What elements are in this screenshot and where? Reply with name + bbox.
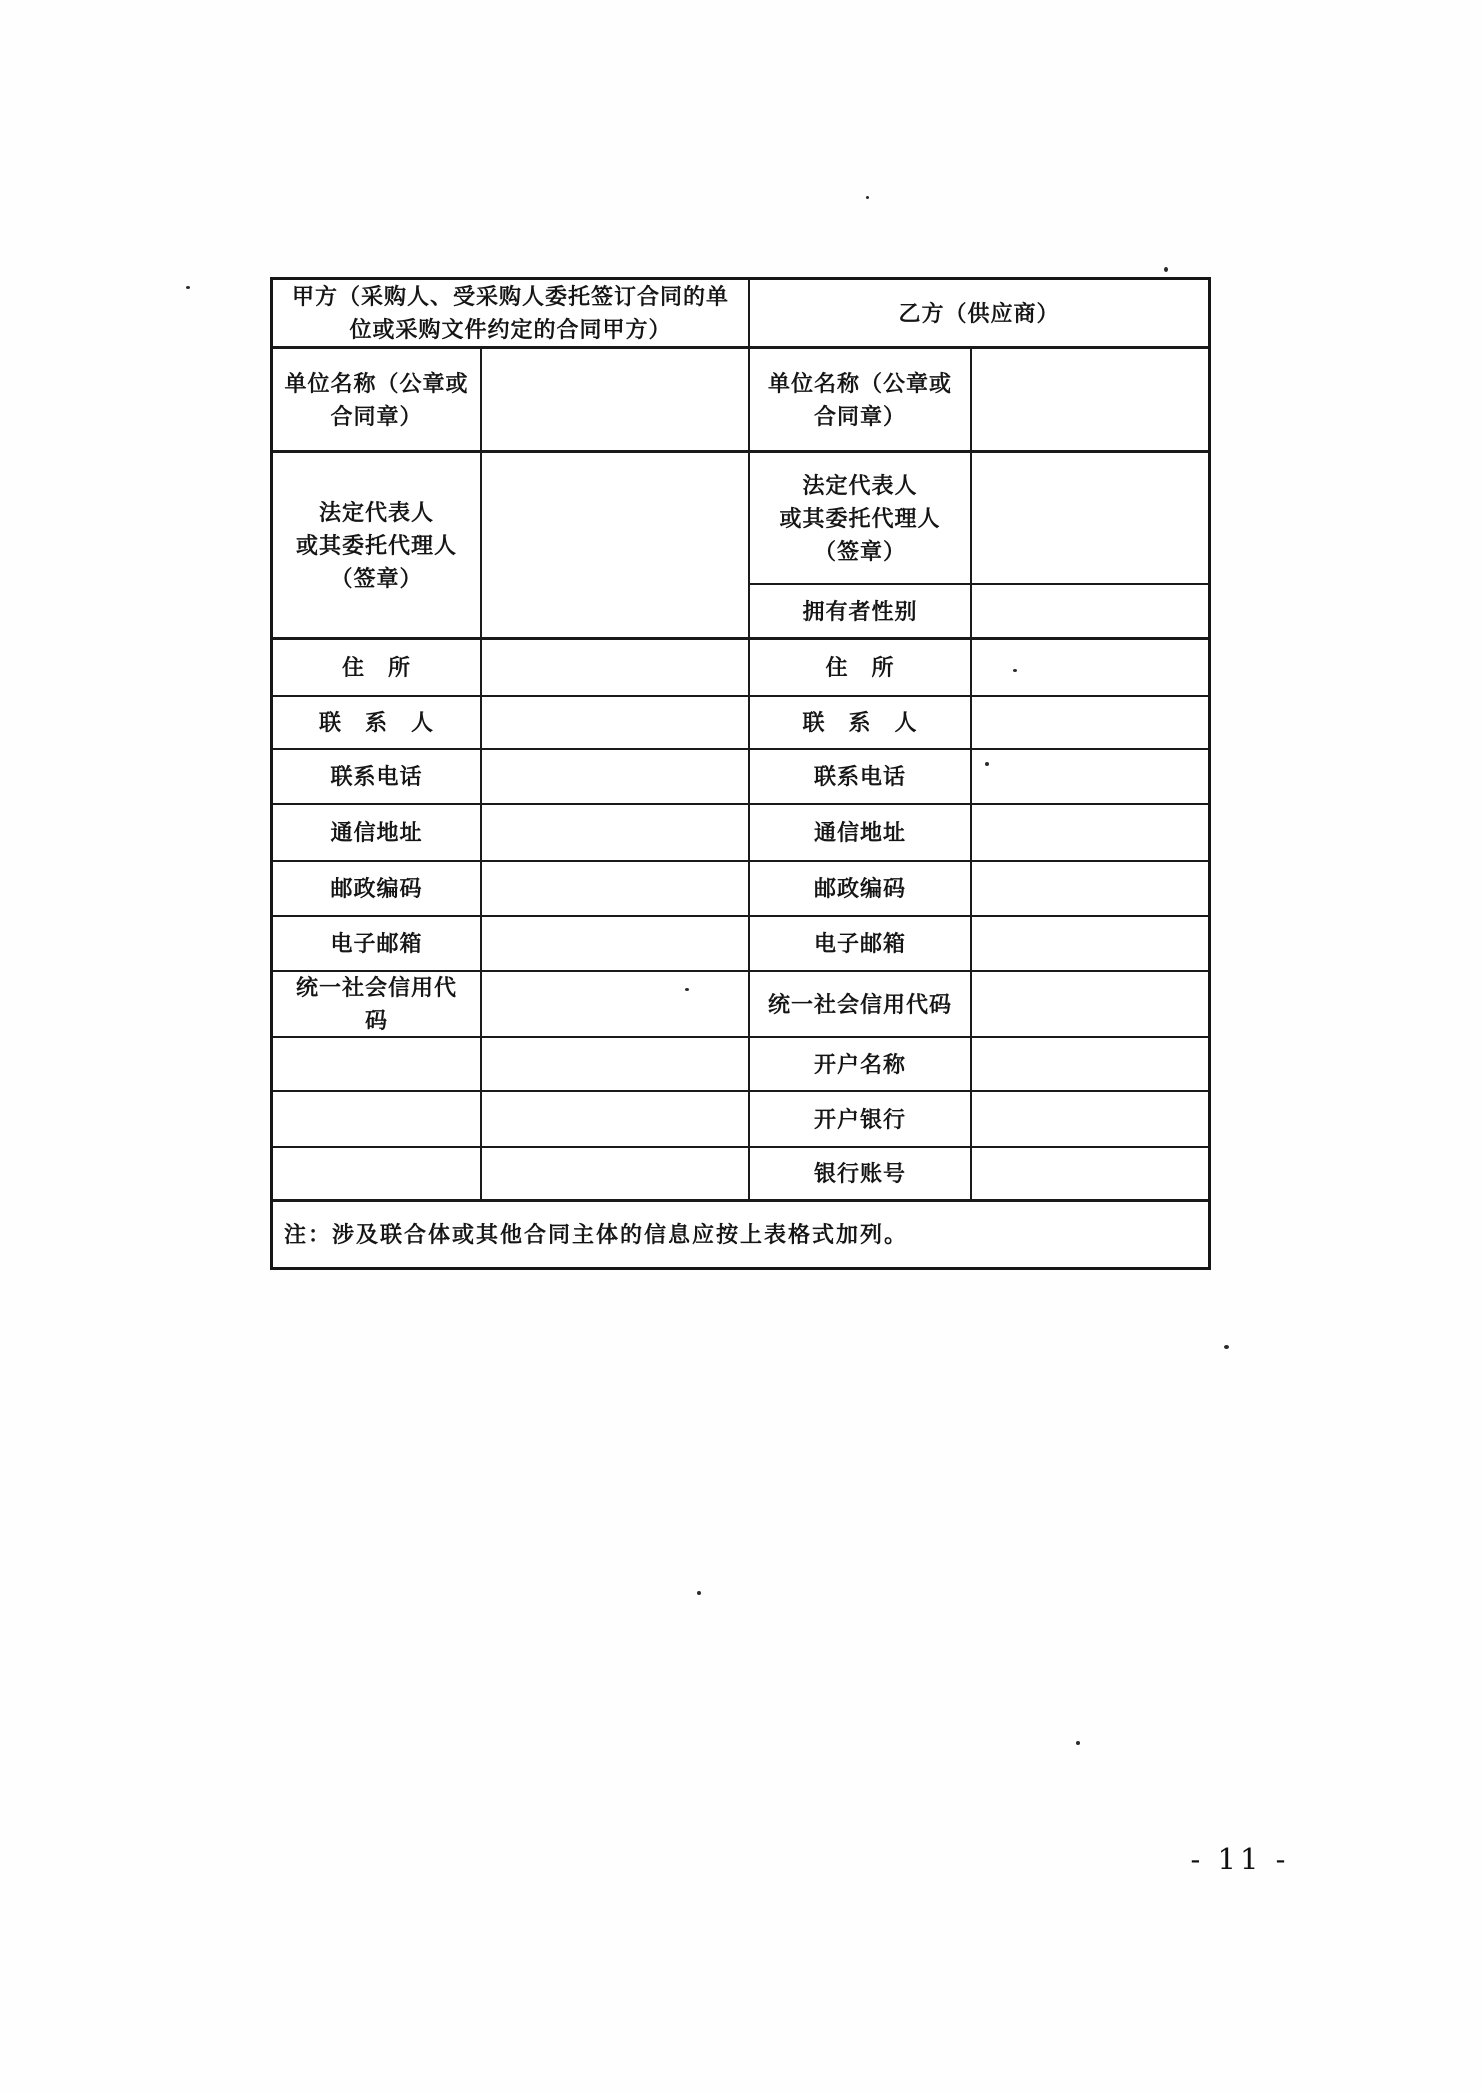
party-b-legal-rep-label: 法定代表人 或其委托代理人 （签章） bbox=[750, 453, 972, 585]
party-a-blank-label-2 bbox=[273, 1092, 482, 1148]
party-a-email-label: 电子邮箱 bbox=[273, 917, 482, 972]
scan-artifact-dot bbox=[697, 1591, 701, 1595]
party-b-account-name-label: 开户名称 bbox=[750, 1038, 972, 1092]
party-a-residence-value bbox=[482, 640, 750, 697]
party-a-unit-name-label: 单位名称（公章或 合同章） bbox=[273, 349, 482, 453]
party-a-blank-value-2 bbox=[482, 1092, 750, 1148]
party-b-postal-code-value bbox=[972, 862, 1208, 917]
party-a-header: 甲方（采购人、受采购人委托签订合同的单位或采购文件约定的合同甲方） bbox=[273, 280, 750, 349]
party-a-mail-address-value bbox=[482, 805, 750, 862]
party-a-postal-code-label: 邮政编码 bbox=[273, 862, 482, 917]
scan-artifact-dot bbox=[1013, 669, 1017, 672]
party-b-bank-value bbox=[972, 1092, 1208, 1148]
party-b-legal-rep-value bbox=[972, 453, 1208, 585]
party-b-owner-gender-label: 拥有者性别 bbox=[750, 585, 972, 640]
scan-artifact-dot bbox=[1224, 1345, 1229, 1349]
contract-parties-table: 甲方（采购人、受采购人委托签订合同的单位或采购文件约定的合同甲方） 乙方（供应商… bbox=[270, 277, 1211, 1270]
party-b-mail-address-label: 通信地址 bbox=[750, 805, 972, 862]
party-b-unit-name-label: 单位名称（公章或 合同章） bbox=[750, 349, 972, 453]
party-a-blank-value-3 bbox=[482, 1148, 750, 1202]
scan-artifact-dot bbox=[186, 286, 190, 289]
scan-artifact-dot bbox=[985, 762, 989, 766]
party-a-blank-label-3 bbox=[273, 1148, 482, 1202]
party-b-mail-address-value bbox=[972, 805, 1208, 862]
party-b-account-number-value bbox=[972, 1148, 1208, 1202]
scan-artifact-dot bbox=[1076, 1741, 1080, 1745]
scan-artifact-dot bbox=[866, 196, 869, 199]
scan-artifact-dot bbox=[1164, 267, 1168, 272]
party-b-phone-value bbox=[972, 750, 1208, 805]
party-b-contact-value bbox=[972, 697, 1208, 750]
party-b-contact-label: 联 系 人 bbox=[750, 697, 972, 750]
party-b-unit-name-value bbox=[972, 349, 1208, 453]
party-b-owner-gender-value bbox=[972, 585, 1208, 640]
party-b-residence-label: 住 所 bbox=[750, 640, 972, 697]
party-a-contact-value bbox=[482, 697, 750, 750]
party-b-credit-code-label: 统一社会信用代码 bbox=[750, 972, 972, 1038]
party-b-postal-code-label: 邮政编码 bbox=[750, 862, 972, 917]
scanned-document-page: 甲方（采购人、受采购人委托签订合同的单位或采购文件约定的合同甲方） 乙方（供应商… bbox=[0, 0, 1481, 2093]
table-note: 注：涉及联合体或其他合同主体的信息应按上表格式加列。 bbox=[273, 1202, 1208, 1267]
party-a-credit-code-value bbox=[482, 972, 750, 1038]
party-a-unit-name-value bbox=[482, 349, 750, 453]
page-number: - 11 - bbox=[1172, 1842, 1308, 1876]
party-a-legal-rep-label: 法定代表人 或其委托代理人 （签章） bbox=[273, 453, 482, 640]
party-a-phone-label: 联系电话 bbox=[273, 750, 482, 805]
party-b-account-number-label: 银行账号 bbox=[750, 1148, 972, 1202]
party-b-phone-label: 联系电话 bbox=[750, 750, 972, 805]
party-a-legal-rep-value bbox=[482, 453, 750, 640]
party-b-credit-code-value bbox=[972, 972, 1208, 1038]
party-a-mail-address-label: 通信地址 bbox=[273, 805, 482, 862]
party-a-phone-value bbox=[482, 750, 750, 805]
party-a-credit-code-label: 统一社会信用代 码 bbox=[273, 972, 482, 1038]
party-b-bank-label: 开户银行 bbox=[750, 1092, 972, 1148]
party-b-email-value bbox=[972, 917, 1208, 972]
scan-artifact-dot bbox=[685, 988, 689, 991]
party-a-contact-label: 联 系 人 bbox=[273, 697, 482, 750]
party-b-email-label: 电子邮箱 bbox=[750, 917, 972, 972]
party-a-residence-label: 住 所 bbox=[273, 640, 482, 697]
party-a-blank-label-1 bbox=[273, 1038, 482, 1092]
party-b-header: 乙方（供应商） bbox=[750, 280, 1208, 349]
party-b-residence-value bbox=[972, 640, 1208, 697]
party-a-blank-value-1 bbox=[482, 1038, 750, 1092]
party-a-email-value bbox=[482, 917, 750, 972]
party-b-account-name-value bbox=[972, 1038, 1208, 1092]
party-a-postal-code-value bbox=[482, 862, 750, 917]
